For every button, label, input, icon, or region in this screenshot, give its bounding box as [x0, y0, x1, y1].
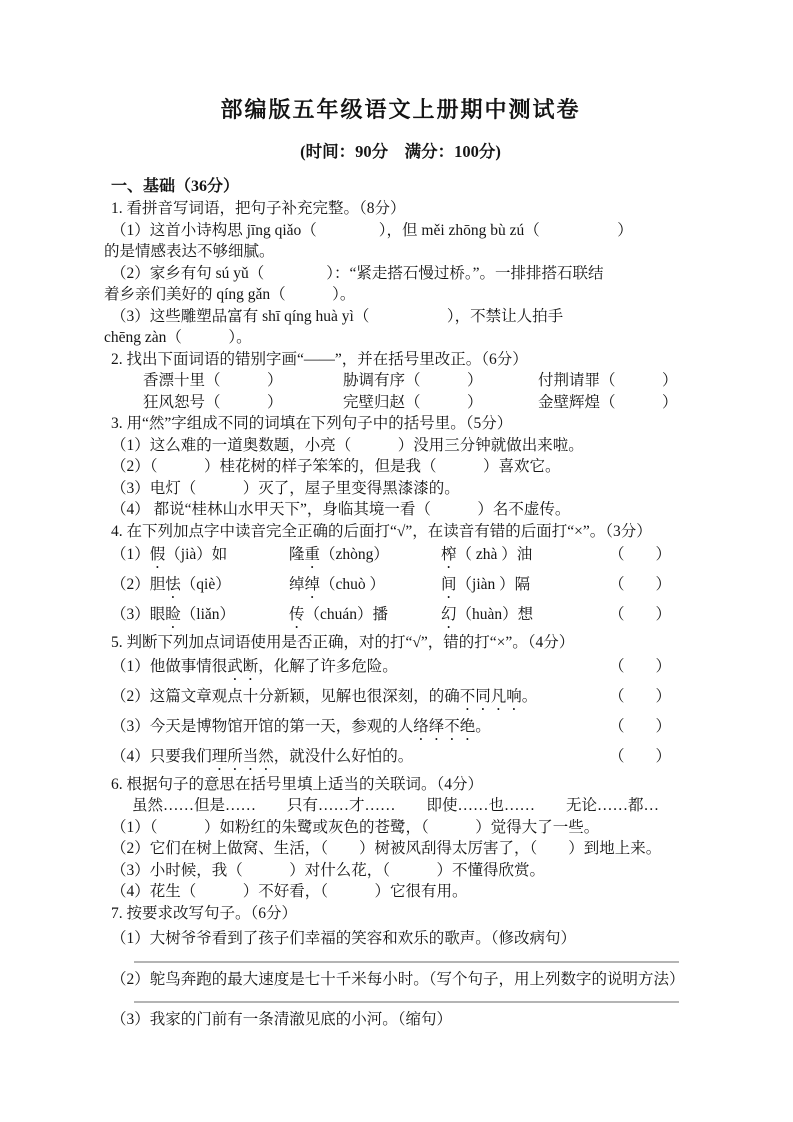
q1-stem: 1. 看拼音写词语，把句子补充完整。（8分）	[111, 198, 697, 220]
q6-line-1: （1）（ ）如粉红的朱鹭或灰色的苍鹭，（ ）觉得大了一些。	[111, 817, 697, 839]
q2-word-cell: 香漂十里（ ）	[143, 370, 343, 392]
q2-word-cell: 完壁归赵（ ）	[343, 392, 538, 414]
q4-row: （3）眼睑（liǎn） 传（chuán）播 幻（huàn）想 （ ）	[111, 602, 697, 632]
q1-line-3: （2）家乡有句 sú yǔ（ ）：“紧走搭石慢过桥。”。一排排搭石联结	[111, 263, 697, 285]
q5-sentence: （1）他做事情很武断，化解了许多危险。	[111, 654, 398, 684]
q2-word-cell: 胁调有序（ ）	[343, 370, 538, 392]
q2-word-cell: 狂风恕号（ ）	[143, 392, 343, 414]
q6-line-2: （2）它们在树上做窝、生活，（ ）树被风刮得太厉害了，（ ）到地上来。	[111, 838, 697, 860]
q6-line-3: （3）小时候，我（ ）对什么花，（ ）不懂得欣赏。	[111, 860, 697, 882]
q2-stem: 2. 找出下面词语的错别字画“——”，并在括号里改正。（6分）	[111, 349, 697, 371]
q1-line-6: chēng zàn（ ）。	[104, 327, 697, 349]
q1-line-5: （3）这些雕塑品富有 shī qíng huà yì（ ），不禁让人拍手	[111, 306, 697, 328]
q4-item: 传（chuán）播	[289, 602, 441, 632]
answer-brackets: （ ）	[609, 602, 671, 632]
q4-item: 隆重（zhòng）	[289, 542, 441, 572]
q5-row: （1）他做事情很武断，化解了许多危险。 （ ）	[111, 654, 697, 684]
q4-item: 绰绰（chuò ）	[289, 572, 441, 602]
answer-brackets: （ ）	[609, 654, 671, 684]
q7-item-2: （2）鸵鸟奔跑的最大速度是七十千米每小时。（写个句子，用上列数字的说明方法）	[111, 969, 697, 991]
answer-brackets: （ ）	[609, 714, 671, 744]
document-page: 部编版五年级语文上册期中测试卷 (时间：90分 满分：100分) 一、基础（36…	[0, 0, 793, 1122]
q3-line-1: （1）这么难的一道奥数题，小亮（ ）没用三分钟就做出来啦。	[111, 435, 697, 457]
q4-item: （2）胆怯（qiè）	[111, 572, 289, 602]
answer-brackets: （ ）	[609, 572, 671, 602]
answer-brackets: （ ）	[609, 744, 671, 774]
section-heading: 一、基础（36分）	[111, 176, 697, 198]
q7-item-1: （1）大树爷爷看到了孩子们幸福的笑容和欢乐的歌声。（修改病句）	[111, 928, 697, 950]
q2-word-cell: 付荆请罪（ ）	[538, 370, 678, 392]
q5-row: （4）只要我们理所当然，就没什么好怕的。 （ ）	[111, 744, 697, 774]
q7-item-3: （3）我家的门前有一条清澈见底的小河。（缩句）	[111, 1009, 697, 1031]
q7-stem: 7. 按要求改写句子。（6分）	[111, 903, 697, 925]
q5-sentence: （2）这篇文章观点十分新颖，见解也很深刻，的确不同凡响。	[111, 684, 537, 714]
q4-stem: 4. 在下列加点字中读音完全正确的后面打“√”，在读音有错的后面打“×”。（3分…	[111, 521, 697, 543]
q4-item: （3）眼睑（liǎn）	[111, 602, 289, 632]
q1-line-1: （1）这首小诗构思 jīng qiǎo（ ），但 měi zhōng bù zú…	[111, 220, 697, 242]
q5-row: （2）这篇文章观点十分新颖，见解也很深刻，的确不同凡响。 （ ）	[111, 684, 697, 714]
q5-row: （3）今天是博物馆开馆的第一天，参观的人络绎不绝。 （ ）	[111, 714, 697, 744]
q2-word-row: 狂风恕号（ ） 完壁归赵（ ） 金壁辉煌（ ）	[143, 392, 697, 414]
q5-stem: 5. 判断下列加点词语使用是否正确，对的打“√”，错的打“×”。（4分）	[111, 632, 697, 654]
q2-word-row: 香漂十里（ ） 胁调有序（ ） 付荆请罪（ ）	[143, 370, 697, 392]
q5-sentence: （3）今天是博物馆开馆的第一天，参观的人络绎不绝。	[111, 714, 491, 744]
q4-row: （1）假（jià）如 隆重（zhòng） 榨（ zhà ）油 （ ）	[111, 542, 697, 572]
q4-item: （1）假（jià）如	[111, 542, 289, 572]
q1-line-4: 着乡亲们美好的 qíng gǎn（ ）。	[104, 284, 697, 306]
q6-stem: 6. 根据句子的意思在括号里填上适当的关联词。（4分）	[111, 774, 697, 796]
answer-brackets: （ ）	[609, 542, 671, 572]
q3-line-3: （3）电灯（ ）灭了，屋子里变得黑漆漆的。	[111, 478, 697, 500]
q1-line-2: 的是情感表达不够细腻。	[104, 241, 697, 263]
q2-word-cell: 金壁辉煌（ ）	[538, 392, 678, 414]
q4-item: 榨（ zhà ）油	[441, 542, 609, 572]
answer-writing-line	[134, 1001, 679, 1003]
q5-sentence: （4）只要我们理所当然，就没什么好怕的。	[111, 744, 413, 774]
q3-line-2: （2）（ ）桂花树的样子笨笨的，但是我（ ）喜欢它。	[111, 456, 697, 478]
q4-item: 间（jiàn ）隔	[441, 572, 609, 602]
page-title: 部编版五年级语文上册期中测试卷	[104, 96, 697, 124]
q6-connectives: 虽然……但是…… 只有……才…… 即使……也…… 无论……都…	[132, 795, 697, 817]
q3-stem: 3. 用“然”字组成不同的词填在下列句子中的括号里。（5分）	[111, 413, 697, 435]
q4-row: （2）胆怯（qiè） 绰绰（chuò ） 间（jiàn ）隔 （ ）	[111, 572, 697, 602]
exam-meta: (时间：90分 满分：100分)	[104, 141, 697, 163]
answer-writing-line	[134, 961, 679, 963]
q6-line-4: （4）花生（ ）不好看，（ ）它很有用。	[111, 881, 697, 903]
q3-line-4: （4） 都说“桂林山水甲天下”，身临其境一看（ ）名不虚传。	[111, 499, 697, 521]
answer-brackets: （ ）	[609, 684, 671, 714]
q4-item: 幻（huàn）想	[441, 602, 609, 632]
